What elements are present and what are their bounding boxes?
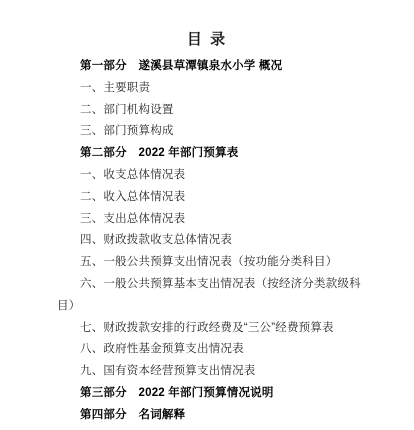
toc-heading-part3: 第三部分 2022 年部门预算情况说明 bbox=[57, 383, 384, 405]
toc-heading-part2: 第二部分 2022 年部门预算表 bbox=[57, 143, 384, 165]
toc-heading-part4: 第四部分 名词解释 bbox=[57, 405, 384, 427]
toc-line: 九、国有资本经营预算支出情况表 bbox=[57, 361, 384, 383]
toc-line: 一、主要职责 bbox=[57, 78, 384, 100]
toc-line: 六、一般公共预算基本支出情况表（按经济分类款级科 bbox=[57, 274, 384, 296]
toc-line: 八、政府性基金预算支出情况表 bbox=[57, 339, 384, 361]
toc-line: 五、一般公共预算支出情况表（按功能分类科目） bbox=[57, 252, 384, 274]
toc-line: 七、财政拨款安排的行政经费及“三公”经费预算表 bbox=[57, 318, 384, 340]
table-of-contents: 第一部分 遂溪县草潭镇泉水小学 概况 一、主要职责 二、部门机构设置 三、部门预… bbox=[0, 56, 414, 427]
toc-line-continuation: 目） bbox=[57, 296, 384, 318]
toc-heading-part1: 第一部分 遂溪县草潭镇泉水小学 概况 bbox=[57, 56, 384, 78]
toc-line: 二、收入总体情况表 bbox=[57, 187, 384, 209]
document-page: 目 录 第一部分 遂溪县草潭镇泉水小学 概况 一、主要职责 二、部门机构设置 三… bbox=[0, 0, 414, 430]
toc-line: 一、收支总体情况表 bbox=[57, 165, 384, 187]
toc-line: 三、支出总体情况表 bbox=[57, 209, 384, 231]
page-title: 目 录 bbox=[0, 0, 414, 50]
toc-line: 四、财政拨款收支总体情况表 bbox=[57, 230, 384, 252]
toc-line: 二、部门机构设置 bbox=[57, 100, 384, 122]
toc-line: 三、部门预算构成 bbox=[57, 121, 384, 143]
